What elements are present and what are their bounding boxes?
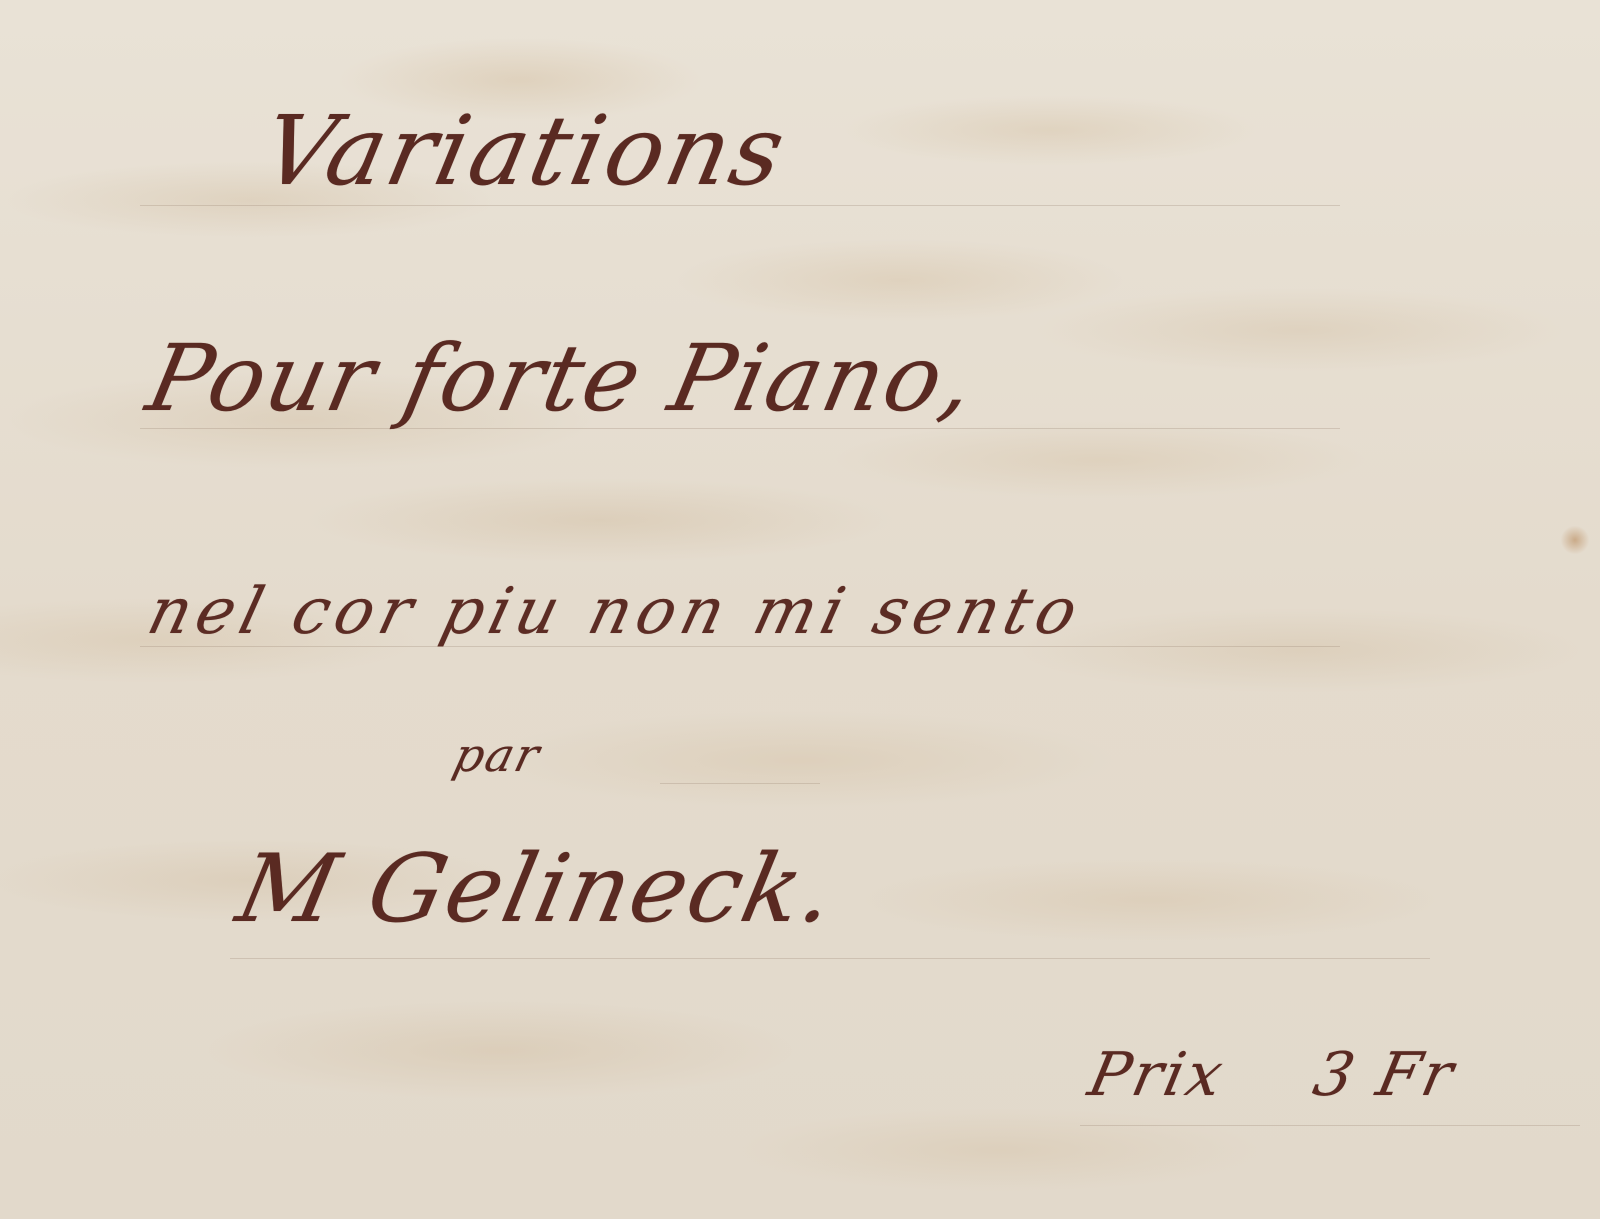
price-value: 3 Fr	[1308, 1040, 1462, 1110]
price-label: Prix	[1083, 1040, 1232, 1110]
ruled-line	[230, 958, 1430, 959]
composer-name: M Gelineck.	[228, 835, 846, 944]
subtitle-text: Pour forte Piano,	[139, 325, 986, 432]
by-text: par	[448, 728, 546, 782]
ruled-line	[660, 783, 820, 784]
manuscript-page: Variations Pour forte Piano, nel cor piu…	[0, 0, 1600, 1219]
ruled-line	[1080, 1125, 1580, 1126]
title-text: Variations	[253, 95, 797, 207]
theme-text: nel cor piu non mi sento	[141, 575, 1091, 649]
